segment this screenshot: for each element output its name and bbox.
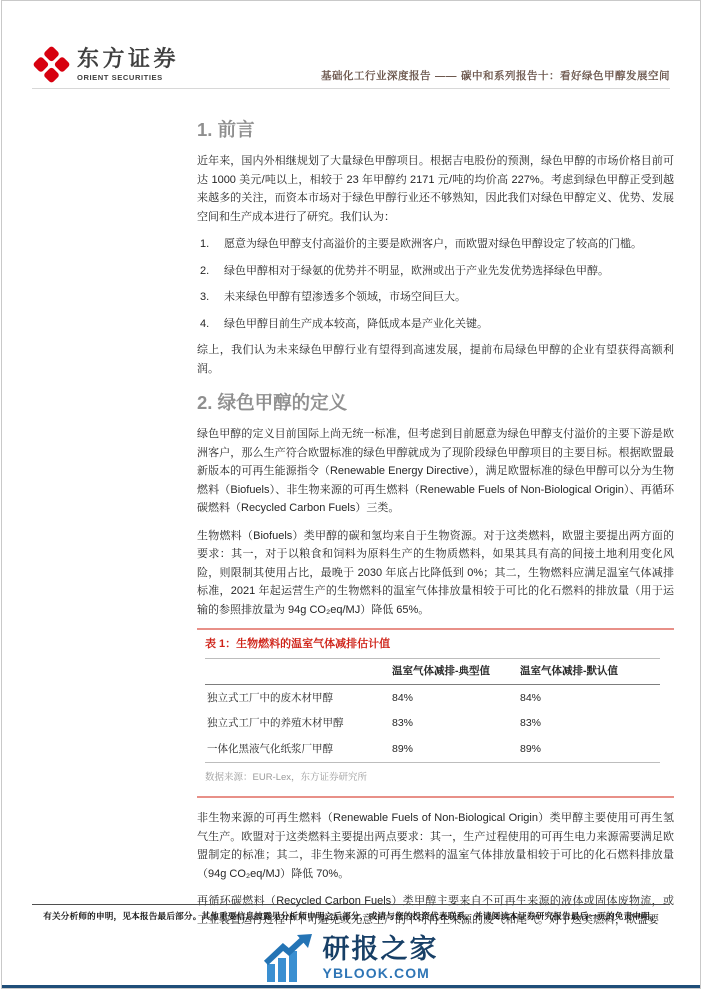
table-cell-default: 89% [518, 736, 660, 762]
table-row-label: 一体化黑液气化纸浆厂甲醇 [205, 736, 390, 762]
list-item-number: 2. [197, 262, 224, 281]
section-1-summary-paragraph: 综上，我们认为未来绿色甲醇行业有望得到高速发展，提前布局绿色甲醇的企业有望获得高… [197, 341, 674, 378]
report-title-label: 碳中和系列报告十：看好绿色甲醇发展空间 [461, 70, 670, 82]
brand-text: 东方证券 ORIENT SECURITIES [77, 47, 179, 82]
table-cell-typical: 89% [390, 736, 518, 762]
list-item-number: 4. [197, 315, 224, 334]
report-page: 东方证券 ORIENT SECURITIES 基础化工行业深度报告——碳中和系列… [1, 0, 701, 989]
numbered-list: 1. 愿意为绿色甲醇支付高溢价的主要是欧洲客户，而欧盟对绿色甲醇设定了较高的门槛… [197, 235, 674, 333]
yblook-watermark: 研报之家 YBLOOK.COM [2, 934, 700, 982]
table-col-header-typical: 温室气体减排-典型值 [390, 658, 518, 685]
list-item: 2. 绿色甲醇相对于绿氨的优势并不明显，欧洲或出于产业先发优势选择绿色甲醇。 [197, 262, 674, 281]
list-item: 1. 愿意为绿色甲醇支付高溢价的主要是欧洲客户，而欧盟对绿色甲醇设定了较高的门槛… [197, 235, 674, 254]
orient-diamond-logo-icon [32, 45, 70, 83]
header-dash: —— [431, 70, 461, 82]
table-row-label: 独立式工厂中的废木材甲醇 [205, 685, 390, 711]
section-1-paragraph: 近年来，国内外相继规划了大量绿色甲醇项目。根据吉电股份的预测，绿色甲醇的市场价格… [197, 152, 674, 226]
table-col-header-blank [205, 658, 390, 685]
list-item-number: 1. [197, 235, 224, 254]
table-row-label: 独立式工厂中的养殖木材甲醇 [205, 711, 390, 737]
table-1-title: 表 1：生物燃料的温室气体减排估计值 [197, 630, 674, 658]
table-header-row: 温室气体减排-典型值 温室气体减排-默认值 [205, 658, 660, 685]
list-item-text: 愿意为绿色甲醇支付高溢价的主要是欧洲客户，而欧盟对绿色甲醇设定了较高的门槛。 [224, 235, 674, 254]
header-divider [32, 88, 670, 89]
list-item: 4. 绿色甲醇目前生产成本较高，降低成本是产业化关键。 [197, 315, 674, 334]
section-2-heading: 2. 绿色甲醇的定义 [197, 391, 674, 415]
report-series-label: 基础化工行业深度报告 [321, 70, 431, 82]
table-1-biofuel-ghg-reduction: 表 1：生物燃料的温室气体减排估计值 温室气体减排-典型值 温室气体减排-默认值… [197, 628, 674, 798]
list-item-text: 绿色甲醇相对于绿氨的优势并不明显，欧洲或出于产业先发优势选择绿色甲醇。 [224, 262, 674, 281]
footer-disclaimer: 有关分析师的申明，见本报告最后部分。其他重要信息披露见分析师申明之后部分，或请与… [40, 910, 662, 922]
footer-divider [32, 904, 670, 905]
watermark-site-url: YBLOOK.COM [323, 965, 439, 981]
orient-securities-brand: 东方证券 ORIENT SECURITIES [32, 45, 179, 84]
section-2-paragraph-rfnbo: 非生物来源的可再生燃料（Renewable Fuels of Non-Biolo… [197, 809, 674, 883]
report-header-title: 基础化工行业深度报告——碳中和系列报告十：看好绿色甲醇发展空间 [321, 68, 670, 83]
table-col-header-default: 温室气体减排-默认值 [518, 658, 660, 685]
brand-name-cn: 东方证券 [77, 47, 179, 71]
report-body: 1. 前言 近年来，国内外相继规划了大量绿色甲醇项目。根据吉电股份的预测，绿色甲… [197, 118, 674, 938]
table-1-grid: 温室气体减排-典型值 温室气体减排-默认值 独立式工厂中的废木材甲醇 84% 8… [205, 658, 660, 763]
table-cell-typical: 83% [390, 711, 518, 737]
list-item-text: 未来绿色甲醇有望渗透多个领域，市场空间巨大。 [224, 288, 674, 307]
bottom-accent-bar [2, 985, 700, 988]
table-row: 独立式工厂中的养殖木材甲醇 83% 83% [205, 711, 660, 737]
watermark-name-cn: 研报之家 [323, 935, 439, 964]
section-1-heading: 1. 前言 [197, 118, 674, 142]
table-1-source-note: 数据来源：EUR-Lex，东方证券研究所 [197, 763, 674, 797]
table-cell-typical: 84% [390, 685, 518, 711]
table-cell-default: 84% [518, 685, 660, 711]
list-item-text: 绿色甲醇目前生产成本较高，降低成本是产业化关键。 [224, 315, 674, 334]
table-row: 一体化黑液气化纸浆厂甲醇 89% 89% [205, 736, 660, 762]
section-2-paragraph-definition: 绿色甲醇的定义目前国际上尚无统一标准，但考虑到目前愿意为绿色甲醇支付溢价的主要下… [197, 425, 674, 518]
list-item: 3. 未来绿色甲醇有望渗透多个领域，市场空间巨大。 [197, 288, 674, 307]
brand-name-en: ORIENT SECURITIES [77, 73, 179, 82]
watermark-text: 研报之家 YBLOOK.COM [323, 935, 439, 981]
table-cell-default: 83% [518, 711, 660, 737]
list-item-number: 3. [197, 288, 224, 307]
bar-chart-arrow-icon [264, 934, 314, 982]
table-row: 独立式工厂中的废木材甲醇 84% 84% [205, 685, 660, 711]
section-2-paragraph-biofuels: 生物燃料（Biofuels）类甲醇的碳和氢均来自于生物资源。对于这类燃料，欧盟主… [197, 527, 674, 620]
